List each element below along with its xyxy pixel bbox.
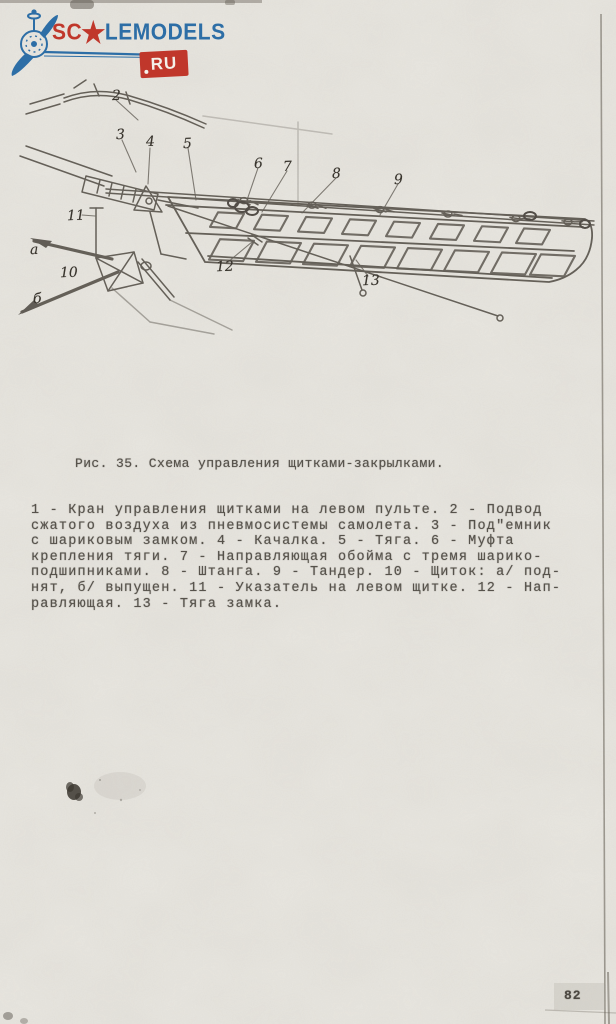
figure-callout-а: а [30,242,39,258]
figure-callout-4: 4 [146,134,155,150]
figure-callout-13: 13 [362,273,380,290]
figure-legend: 1 - Кран управления щитками на левом пул… [31,503,597,612]
figure-callouts: 2345678911а10б1213 [0,0,616,360]
figure-callout-9: 9 [394,172,403,188]
legend-line: сжатого воздуха из пневмосистемы самолет… [31,519,597,535]
legend-line: с шариковым замком. 4 - Качалка. 5 - Тяг… [31,534,597,550]
page-number: 82 [564,988,582,1003]
figure-callout-10: 10 [60,265,78,282]
figure-callout-б: б [33,291,42,307]
figure-callout-6: 6 [254,156,263,172]
figure-callout-12: 12 [216,259,234,276]
figure-caption: Рис. 35. Схема управления щитками-закрыл… [75,456,444,471]
figure-callout-2: 2 [112,88,121,104]
figure-callout-3: 3 [116,127,125,143]
figure-callout-7: 7 [283,159,292,175]
legend-line: 1 - Кран управления щитками на левом пул… [31,503,597,519]
figure-callout-5: 5 [183,136,192,152]
legend-line: подшипниками. 8 - Штанга. 9 - Тандер. 10… [31,565,597,581]
legend-line: крепления тяги. 7 - Направляющая обойма … [31,550,597,566]
legend-line: равляющая. 13 - Тяга замка. [31,597,597,613]
scanned-document-page: SC★LEMODELS RU 2345678911а10б1213 Рис. 3… [0,0,616,1024]
figure-callout-11: 11 [67,208,85,225]
legend-line: нят, б/ выпущен. 11 - Указатель на левом… [31,581,597,597]
figure-callout-8: 8 [332,166,341,182]
